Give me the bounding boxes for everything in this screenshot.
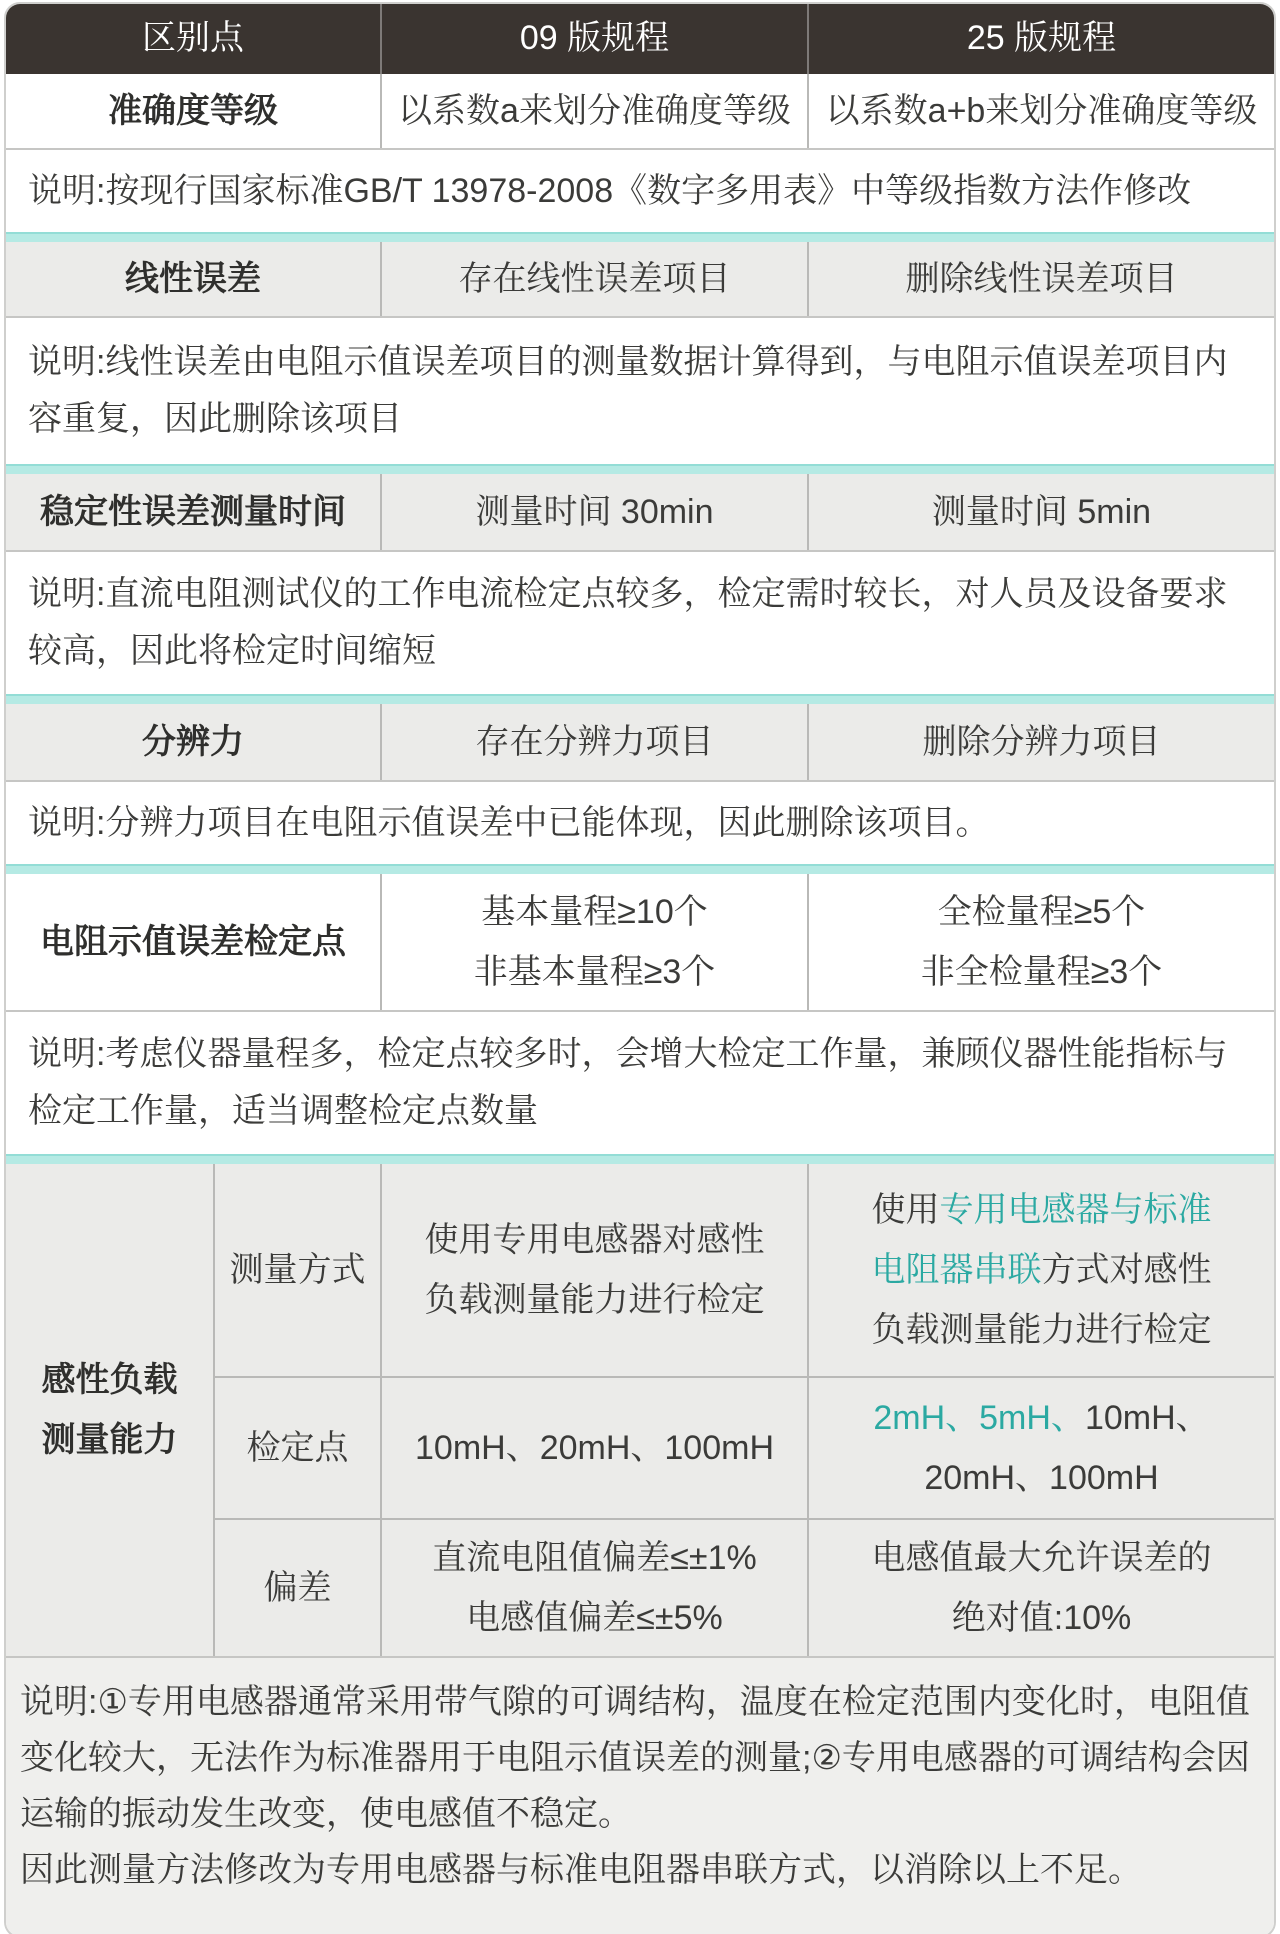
cell-old-value: 基本量程≥10个 非基本量程≥3个 xyxy=(380,874,807,1010)
note-text: 说明:分辨力项目在电阻示值误差中已能体现，因此删除该项目。 xyxy=(28,795,1252,852)
comparison-table: 区别点 09 版规程 25 版规程 准确度等级 以系数a来划分准确度等级 以系数… xyxy=(4,2,1276,1934)
header-cell-2025-regulation: 25 版规程 xyxy=(807,4,1274,74)
note-paragraph: 说明:①专用电感器通常采用带气隙的可调结构，温度在检定范围内变化时，电阻值变化较… xyxy=(20,1674,1260,1842)
section-label: 感性负载测量能力 xyxy=(6,1164,213,1656)
cell-old-value: 存在分辨力项目 xyxy=(380,704,807,780)
teal-divider-strip xyxy=(6,694,1274,704)
old-value-line: 非基本量程≥3个 xyxy=(474,942,716,1002)
table-header-row: 区别点 09 版规程 25 版规程 xyxy=(6,4,1274,74)
note-text: 说明:直流电阻测试仪的工作电流检定点较多，检定需时较长，对人员及设备要求较高，因… xyxy=(28,566,1252,680)
note-paragraph: 因此测量方法修改为专用电感器与标准电阻器串联方式，以消除以上不足。 xyxy=(20,1842,1260,1898)
new-deviation-line: 绝对值:10% xyxy=(952,1588,1132,1648)
note-text: 说明:考虑仪器量程多，检定点较多时，会增大检定工作量，兼顾仪器性能指标与检定工作… xyxy=(28,1026,1252,1140)
cell-new-verification-points: 2mH、5mH、10mH、20mH、100mH xyxy=(807,1376,1274,1518)
row-resolution: 分辨力 存在分辨力项目 删除分辨力项目 xyxy=(6,704,1274,782)
note-text: 说明:线性误差由电阻示值误差项目的测量数据计算得到，与电阻示值误差项目内容重复，… xyxy=(28,334,1252,448)
row-linearity-error: 线性误差 存在线性误差项目 删除线性误差项目 xyxy=(6,242,1274,318)
note-resolution: 说明:分辨力项目在电阻示值误差中已能体现，因此删除该项目。 xyxy=(6,782,1274,864)
note-stability-measure-time: 说明:直流电阻测试仪的工作电流检定点较多，检定需时较长，对人员及设备要求较高，因… xyxy=(6,552,1274,694)
cell-new-value: 以系数a+b来划分准确度等级 xyxy=(807,74,1274,148)
cell-old-verification-points: 10mH、20mH、100mH xyxy=(380,1376,807,1518)
note-text: 说明:按现行国家标准GB/T 13978-2008《数字多用表》中等级指数方法作… xyxy=(28,163,1252,220)
note-accuracy-class: 说明:按现行国家标准GB/T 13978-2008《数字多用表》中等级指数方法作… xyxy=(6,150,1274,232)
cell-old-measurement-method: 使用专用电感器对感性负载测量能力进行检定 xyxy=(380,1164,807,1376)
row-accuracy-class: 准确度等级 以系数a来划分准确度等级 以系数a+b来划分准确度等级 xyxy=(6,74,1274,150)
subrow-label-deviation: 偏差 xyxy=(213,1518,380,1656)
cell-new-value: 删除分辨力项目 xyxy=(807,704,1274,780)
cell-old-value: 测量时间 30min xyxy=(380,474,807,550)
row-label: 线性误差 xyxy=(6,242,380,316)
old-measurement-method-text: 使用专用电感器对感性负载测量能力进行检定 xyxy=(416,1210,774,1330)
cell-new-value: 全检量程≥5个 非全检量程≥3个 xyxy=(807,874,1274,1010)
note-linearity-error: 说明:线性误差由电阻示值误差项目的测量数据计算得到，与电阻示值误差项目内容重复，… xyxy=(6,318,1274,464)
old-deviation-line: 电感值偏差≤±5% xyxy=(466,1588,722,1648)
teal-divider-strip xyxy=(6,1154,1274,1164)
new-deviation-line: 电感值最大允许误差的 xyxy=(872,1528,1212,1588)
cell-new-value: 测量时间 5min xyxy=(807,474,1274,550)
teal-divider-strip xyxy=(6,464,1274,474)
section-inductive-load-capability: 感性负载测量能力 测量方式 使用专用电感器对感性负载测量能力进行检定 使用专用电… xyxy=(6,1164,1274,1658)
subrow-label-measurement-method: 测量方式 xyxy=(213,1164,380,1376)
new-value-line: 全检量程≥5个 xyxy=(938,882,1146,942)
note-inductive-load-capability: 说明:①专用电感器通常采用带气隙的可调结构，温度在检定范围内变化时，电阻值变化较… xyxy=(6,1658,1274,1934)
cell-old-value: 存在线性误差项目 xyxy=(380,242,807,316)
cell-new-value: 删除线性误差项目 xyxy=(807,242,1274,316)
row-stability-measure-time: 稳定性误差测量时间 测量时间 30min 测量时间 5min xyxy=(6,474,1274,552)
new-value-line: 非全检量程≥3个 xyxy=(921,942,1163,1002)
row-resistance-verification-points: 电阻示值误差检定点 基本量程≥10个 非基本量程≥3个 全检量程≥5个 非全检量… xyxy=(6,874,1274,1012)
cell-old-deviation: 直流电阻值偏差≤±1% 电感值偏差≤±5% xyxy=(380,1518,807,1656)
teal-divider-strip xyxy=(6,864,1274,874)
subrow-label-verification-points: 检定点 xyxy=(213,1376,380,1518)
header-cell-difference-point: 区别点 xyxy=(6,4,380,74)
header-cell-2009-regulation: 09 版规程 xyxy=(380,4,807,74)
cell-new-measurement-method: 使用专用电感器与标准电阻器串联方式对感性负载测量能力进行检定 xyxy=(807,1164,1274,1376)
row-label: 准确度等级 xyxy=(6,74,380,148)
cell-new-deviation: 电感值最大允许误差的 绝对值:10% xyxy=(807,1518,1274,1656)
cell-old-value: 以系数a来划分准确度等级 xyxy=(380,74,807,148)
old-value-line: 基本量程≥10个 xyxy=(481,882,707,942)
row-label: 稳定性误差测量时间 xyxy=(6,474,380,550)
new-verification-points-text: 2mH、5mH、10mH、20mH、100mH xyxy=(860,1388,1224,1508)
teal-divider-strip xyxy=(6,232,1274,242)
row-label: 分辨力 xyxy=(6,704,380,780)
row-label: 电阻示值误差检定点 xyxy=(6,874,380,1010)
new-measurement-method-text: 使用专用电感器与标准电阻器串联方式对感性负载测量能力进行检定 xyxy=(860,1180,1224,1360)
old-deviation-line: 直流电阻值偏差≤±1% xyxy=(432,1528,756,1588)
note-resistance-verification-points: 说明:考虑仪器量程多，检定点较多时，会增大检定工作量，兼顾仪器性能指标与检定工作… xyxy=(6,1012,1274,1154)
